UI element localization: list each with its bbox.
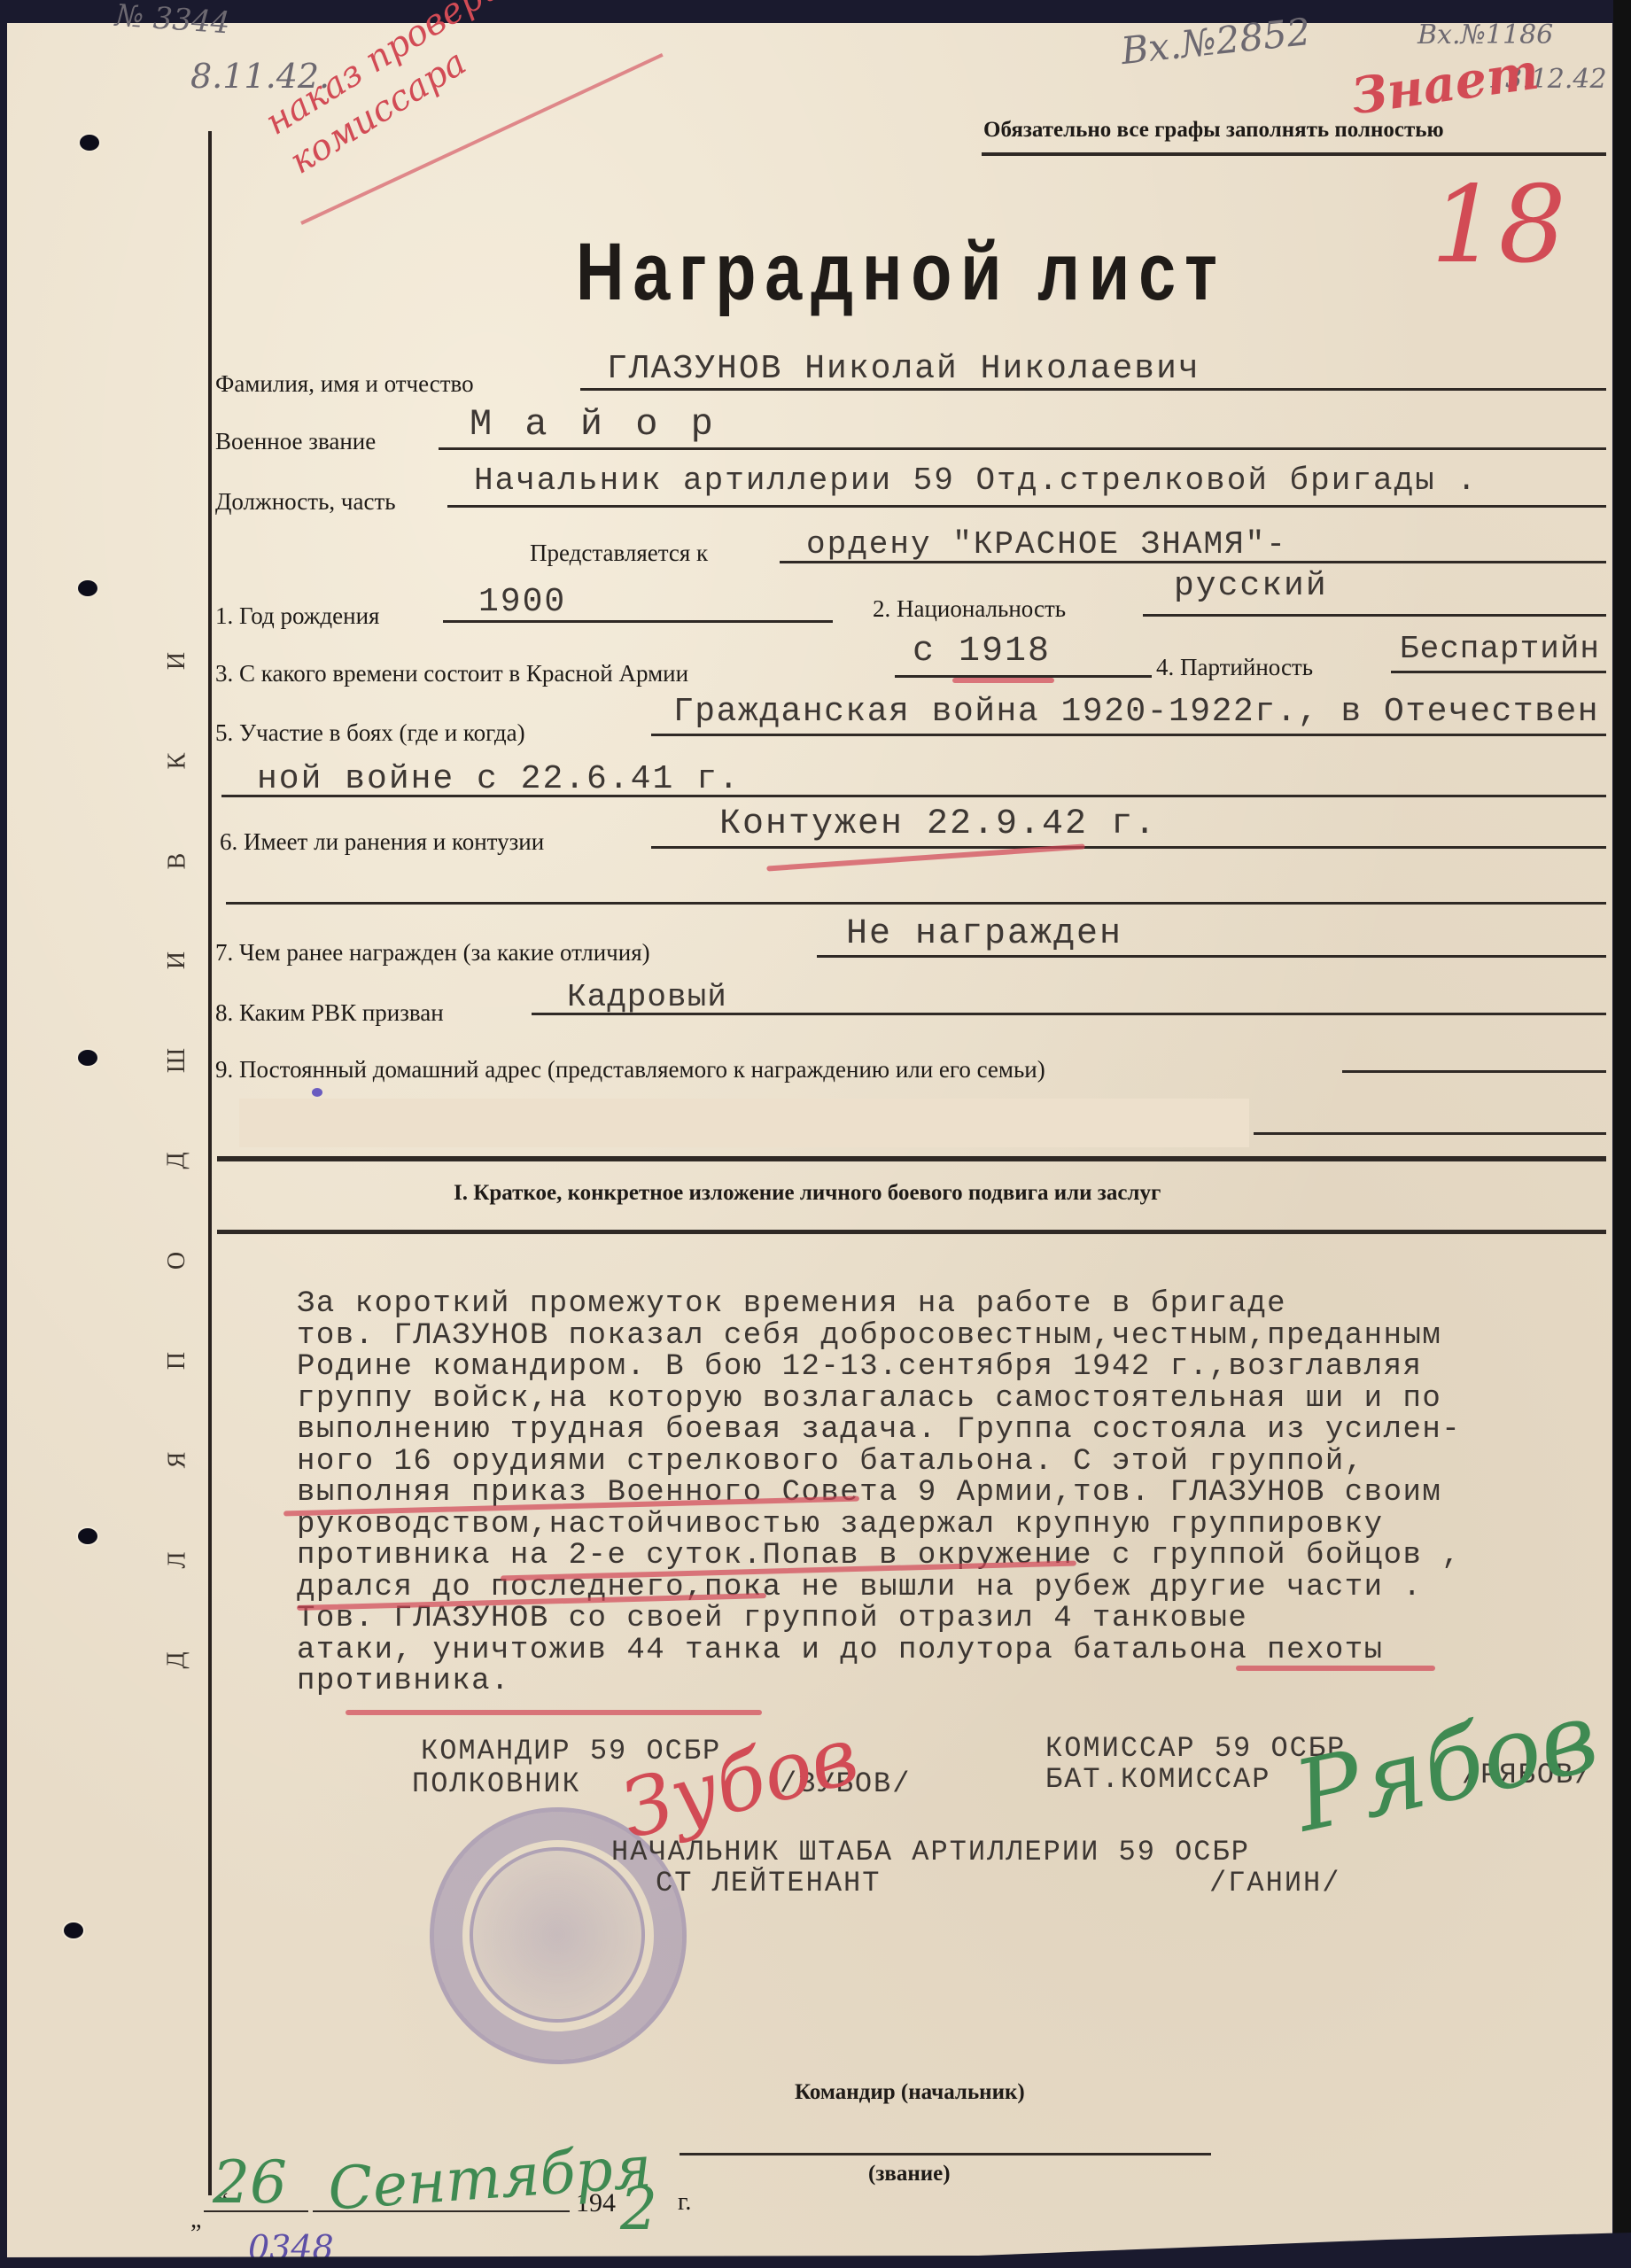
commander-label: Командир (начальник) — [795, 2080, 1025, 2105]
chief-of-staff-name: /ГАНИН/ — [1209, 1867, 1340, 1899]
binding-margin-label: Д Л Я П О Д Ш И В К И — [159, 647, 195, 1674]
punch-hole-icon — [64, 1922, 83, 1938]
redacted-address — [239, 1099, 1249, 1147]
narrative-line: Тов. ГЛАЗУНОВ со своей группой отразил 4… — [297, 1604, 1617, 1635]
battles-value-line1: Гражданская война 1920-1922г., в Отечест… — [673, 693, 1599, 731]
red-underline-mark — [346, 1710, 762, 1715]
narrative-line: руководством,настойчивостью задержал кру… — [297, 1510, 1617, 1542]
commissar-title-2: БАТ.КОМИССАР — [1045, 1763, 1270, 1796]
position-line — [447, 505, 1606, 508]
full-name-line — [580, 388, 1606, 391]
birth-year-line — [443, 620, 833, 623]
battles-value-line2: ной войне с 22.6.41 г. — [257, 760, 741, 798]
party-label: 4. Партийность — [1156, 654, 1313, 681]
narrative-line: группу войск,на которую возлагалась само… — [297, 1384, 1617, 1416]
red-underline-mark — [1236, 1666, 1435, 1671]
red-sheet-number: 18 — [1431, 164, 1566, 287]
binding-margin-line — [208, 131, 212, 2195]
chief-of-staff-title-2: СТ ЛЕЙТЕНАНТ — [656, 1867, 881, 1899]
narrative-line: выполняя приказ Военного Совета 9 Армии,… — [297, 1478, 1617, 1510]
date-open-quote: „ — [190, 2206, 201, 2234]
narrative-line: противника. — [297, 1666, 1617, 1698]
rank-signature-line — [680, 2153, 1211, 2155]
narrative-line: Родине командиром. В бою 12-13.сентября … — [297, 1352, 1617, 1384]
narrative-line: тов. ГЛАЗУНОВ показал себя добросовестны… — [297, 1321, 1617, 1353]
prior-awards-line — [817, 955, 1606, 958]
position-value: Начальник артиллерии 59 Отд.стрелковой б… — [474, 462, 1478, 499]
commander-title-2: ПОЛКОВНИК — [412, 1767, 581, 1800]
prior-awards-value: Не награжден — [846, 914, 1122, 954]
battles-label: 5. Участие в боях (где и когда) — [215, 719, 525, 747]
birth-year-label: 1. Год рождения — [215, 602, 379, 630]
punch-hole-icon — [78, 580, 97, 596]
party-line — [1391, 671, 1606, 673]
wounds-value: Контужен 22.9.42 г. — [719, 804, 1157, 844]
rank-label: Военное звание — [215, 428, 376, 455]
home-address-line-2 — [1254, 1132, 1606, 1135]
nominated-for-label: Представляется к — [530, 540, 708, 567]
section-divider-bottom — [217, 1230, 1606, 1234]
rvk-line — [532, 1013, 1606, 1015]
section-heading: I. Краткое, конкретное изложение личного… — [454, 1181, 1161, 1206]
narrative-line: атаки, уничтожив 44 танка и до полутора … — [297, 1635, 1617, 1667]
narrative-line: выполнению трудная боевая задача. Группа… — [297, 1415, 1617, 1447]
rank-line — [439, 447, 1606, 450]
nationality-line — [1143, 614, 1606, 617]
full-name-value: ГЛАЗУНОВ Николай Николаевич — [607, 350, 1200, 388]
rvk-value: Кадровый — [567, 979, 727, 1015]
nationality-value: русский — [1174, 567, 1328, 605]
red-underline-mark — [952, 678, 1054, 683]
full-name-label: Фамилия, имя и отчество — [215, 370, 474, 398]
battles-line-1 — [651, 734, 1606, 736]
page-title: Наградной лист — [576, 226, 1226, 319]
nominated-for-line — [780, 561, 1606, 563]
red-army-since-label: 3. С какого времени состоит в Красной Ар… — [215, 660, 688, 687]
position-label: Должность, часть — [215, 488, 396, 516]
red-army-since-value: с 1918 — [913, 632, 1051, 672]
scan-border-top — [0, 0, 1631, 23]
nationality-label: 2. Национальность — [873, 595, 1066, 623]
prior-awards-label: 7. Чем ранее награжден (за какие отличия… — [215, 939, 650, 967]
narrative-line: дрался до последнего,пока не вышли на ру… — [297, 1573, 1617, 1604]
punch-hole-icon — [78, 1528, 97, 1544]
rank-value: М а й о р — [470, 403, 718, 446]
date-year-unit: г. — [678, 2188, 691, 2217]
date-day-handwritten: 26 — [213, 2148, 287, 2217]
narrative-text: За короткий промежуток времения на работ… — [297, 1289, 1617, 1698]
date-year-handwritten: 2 — [620, 2175, 657, 2243]
home-address-line — [1342, 1070, 1606, 1073]
battles-line-2 — [221, 795, 1606, 797]
section-divider-top — [217, 1156, 1606, 1161]
birth-year-value: 1900 — [478, 583, 566, 621]
wounds-label: 6. Имеет ли ранения и контузии — [220, 828, 544, 856]
punch-hole-icon — [80, 135, 99, 151]
rank-caption: (звание) — [868, 2162, 951, 2186]
home-address-label: 9. Постоянный домашний адрес (представля… — [215, 1056, 1045, 1084]
wounds-line — [651, 846, 1606, 849]
scan-border-right — [1613, 0, 1631, 2268]
top-instruction-underline — [982, 152, 1606, 156]
punch-hole-icon — [78, 1050, 97, 1066]
narrative-line: ного 16 орудиями стрелкового батальона. … — [297, 1447, 1617, 1479]
chief-of-staff-title-1: НАЧАЛЬНИК ШТАБА АРТИЛЛЕРИИ 59 ОСБР — [611, 1836, 1250, 1868]
narrative-line: За короткий промежуток времения на работ… — [297, 1289, 1617, 1321]
rvk-label: 8. Каким РВК призван — [215, 999, 444, 1027]
ink-blot — [312, 1088, 322, 1097]
wounds-line-2 — [226, 902, 1606, 905]
top-instruction: Обязательно все графы заполнять полность… — [983, 118, 1444, 143]
nominated-for-value: ордену "КРАСНОЕ ЗНАМЯ"- — [806, 526, 1287, 563]
party-value: Беспартийн — [1400, 631, 1600, 667]
